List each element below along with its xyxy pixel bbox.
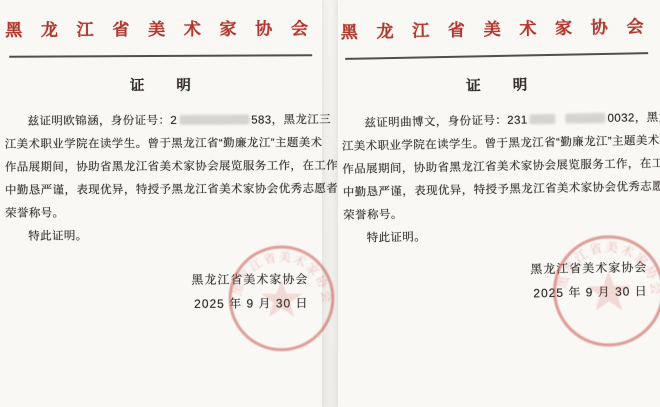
certificate-body: 兹证明欧锦涵，身份证号：2583，黑龙江三 江美术职业学院在读学生。曾于黑龙江省… — [5, 109, 321, 249]
body-line: 作品展期间，协助省黑龙江省美术家协会展览服务工作，在工作 — [5, 155, 320, 180]
signature-name: 黑龙江省美术家协会 — [191, 270, 308, 288]
header-rule — [345, 52, 648, 60]
certificate-left-content: 黑 龙 江 省 美 术 家 协 会 证 明 兹证明欧锦涵，身份证号：2583，黑… — [0, 0, 323, 407]
body-line: 中勤恳严谨，表现优异，特授予黑龙江省美术家协会优秀志愿者 — [5, 178, 320, 203]
signature-date: 2025 年 9 月 30 日 — [533, 282, 648, 301]
id-redaction-blur — [529, 114, 555, 124]
certificate-left: 黑 龙 江 省 美 术 家 协 会 证 明 兹证明欧锦涵，身份证号：2583，黑… — [0, 0, 322, 407]
id-line-prefix: 兹证明欧锦涵，身份证号：2 — [28, 115, 178, 128]
closing-line: 特此证明。 — [343, 222, 658, 251]
id-redaction-blur — [179, 115, 249, 125]
org-header-text: 黑 龙 江 省 美 术 家 协 会 — [0, 14, 321, 41]
signature-name: 黑龙江省美术家协会 — [530, 258, 647, 277]
header-rule — [9, 54, 312, 58]
id-line-suffix: 0032，黑龙江三 — [607, 111, 660, 125]
id-redaction-blur — [565, 113, 605, 124]
certificate-right: 黑 龙 江 省 美 术 家 协 会 证 明 兹证明曲博文，身份证号：231003… — [338, 0, 660, 407]
body-line: 荣誉称号。 — [5, 201, 320, 226]
org-header-text: 黑 龙 江 省 美 术 家 协 会 — [334, 12, 656, 43]
id-line-prefix: 兹证明曲博文，身份证号：231 — [364, 114, 527, 129]
closing-line: 特此证明。 — [5, 224, 320, 249]
certificate-body: 兹证明曲博文，身份证号：2310032，黑龙江三 江美术职业学院在读学生。曾于黑… — [341, 107, 659, 251]
certificate-right-content: 黑 龙 江 省 美 术 家 协 会 证 明 兹证明曲博文，身份证号：231003… — [334, 0, 660, 407]
body-line-id: 兹证明欧锦涵，身份证号：2583，黑龙江三 — [5, 109, 320, 134]
signature-date: 2025 年 9 月 30 日 — [194, 294, 308, 312]
doc-title: 证 明 — [0, 73, 321, 96]
body-line: 江美术职业学院在读学生。曾于黑龙江省“勤廉龙江”主题美术 — [5, 132, 320, 157]
doc-title: 证 明 — [336, 71, 658, 98]
id-line-suffix: 583，黑龙江三 — [251, 114, 331, 126]
